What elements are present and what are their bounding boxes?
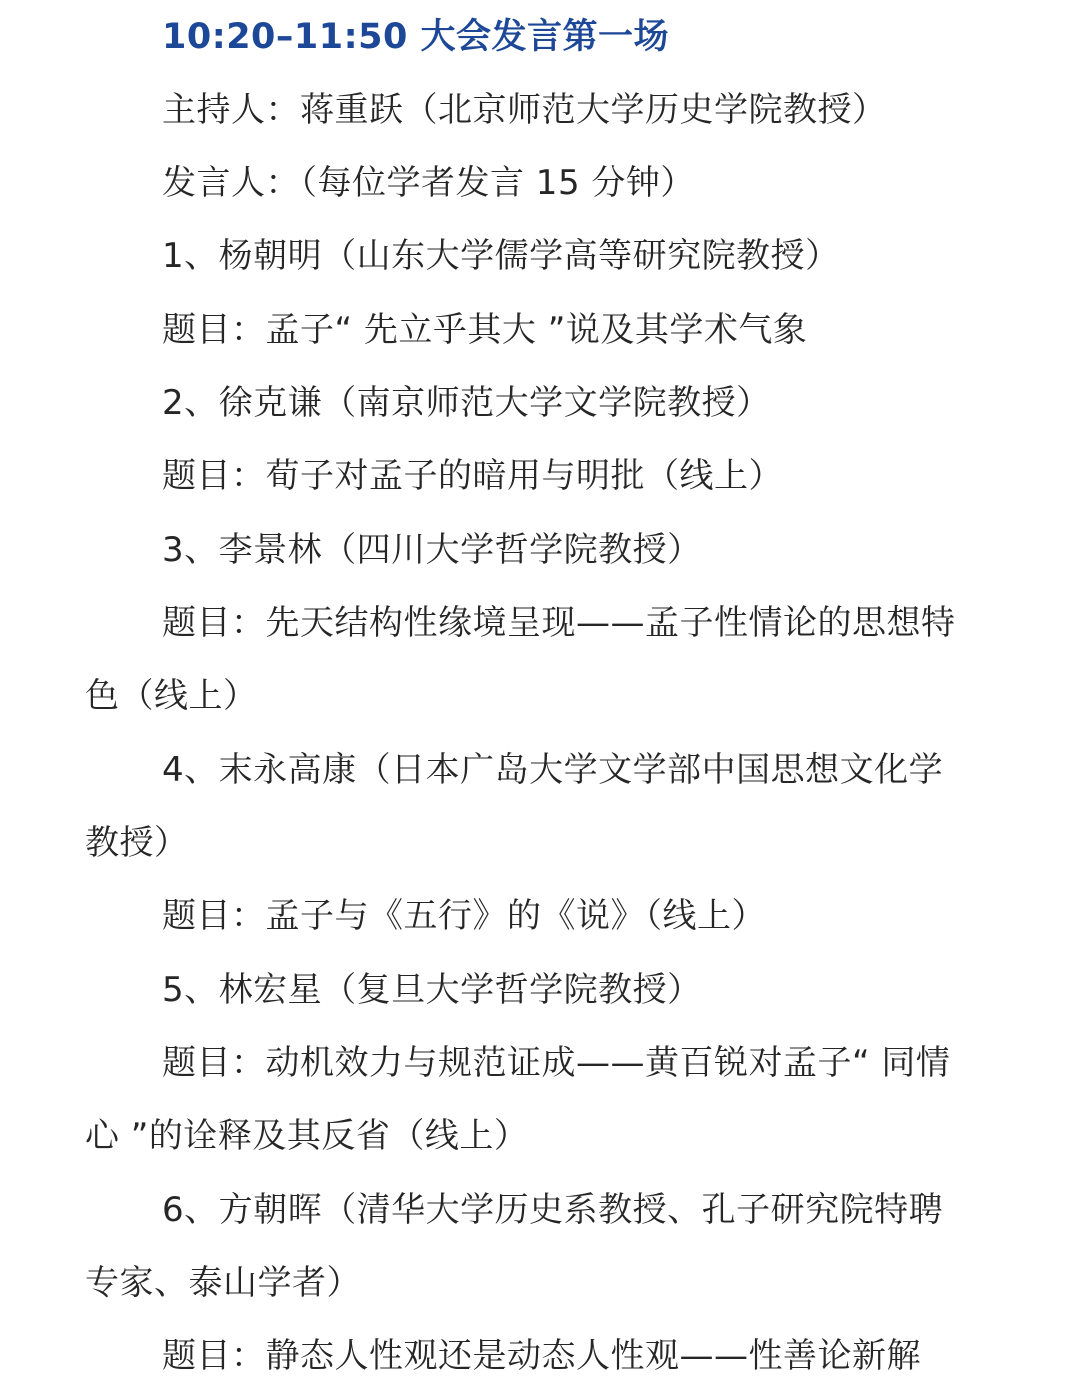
speaker-2: 2、徐克谦（南京师范大学文学院教授） xyxy=(162,383,1072,423)
speakers-intro: 发言人：（每位学者发言 15 分钟） xyxy=(162,163,1072,203)
topic-5-cont: 心 ”的诠释及其反省（线上） xyxy=(85,1116,995,1156)
speaker-6: 6、方朝晖（清华大学历史系教授、孔子研究院特聘 xyxy=(162,1190,1072,1230)
topic-3-cont: 色（线上） xyxy=(85,676,995,716)
speaker-1: 1、杨朝明（山东大学儒学高等研究院教授） xyxy=(162,236,1072,276)
speaker-6-cont: 专家、泰山学者） xyxy=(85,1263,995,1303)
speaker-5: 5、林宏星（复旦大学哲学院教授） xyxy=(162,970,1072,1010)
speaker-4: 4、末永高康（日本广岛大学文学部中国思想文化学 xyxy=(162,750,1072,790)
topic-4: 题目：孟子与《五行》的《说》（线上） xyxy=(162,896,1072,936)
speaker-3: 3、李景林（四川大学哲学院教授） xyxy=(162,530,1072,570)
topic-3: 题目：先天结构性缘境呈现——孟子性情论的思想特 xyxy=(162,603,1072,643)
speaker-4-cont: 教授） xyxy=(85,823,995,863)
topic-6: 题目：静态人性观还是动态人性观——性善论新解 xyxy=(162,1336,1072,1376)
topic-2: 题目：荀子对孟子的暗用与明批（线上） xyxy=(162,456,1072,496)
session-title: 10:20–11:50 大会发言第一场 xyxy=(162,17,1072,57)
topic-5: 题目：动机效力与规范证成——黄百锐对孟子“ 同情 xyxy=(162,1043,1072,1083)
topic-1: 题目：孟子“ 先立乎其大 ”说及其学术气象 xyxy=(162,310,1072,350)
host-line: 主持人：蒋重跃（北京师范大学历史学院教授） xyxy=(162,90,1072,130)
